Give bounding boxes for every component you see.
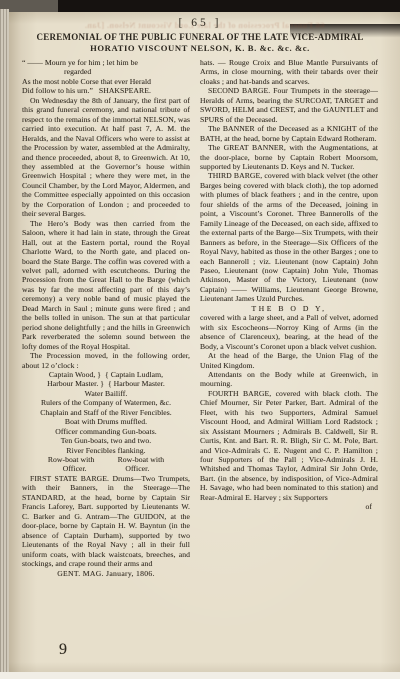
- article-title-line1: CEREMONIAL OF THE PUBLIC FUNERAL OF THE …: [22, 32, 378, 42]
- text-block: As the most noble Corse that ever Herald: [22, 77, 190, 86]
- page-number: [ 65 ]: [22, 17, 378, 29]
- text-block: covered with a large sheet, and a Pall o…: [200, 313, 378, 351]
- text-block: hats. — Rouge Croix and Blue Mantle Purs…: [200, 58, 378, 86]
- text-block: Boat with Drums muffled.: [22, 417, 190, 426]
- text-block: On Wednesday the 8th of January, the fir…: [22, 96, 190, 219]
- text-block: THIRD BARGE, covered with black velvet (…: [200, 171, 378, 303]
- text-block: Did follow to his urn.” SHAKSPEARE.: [22, 86, 190, 95]
- text-block: Officer. Officer.: [22, 464, 190, 473]
- printer-signature-mark: 9: [59, 641, 67, 659]
- page-content: [ 65 ] CEREMONIAL OF THE PUBLIC FUNERAL …: [9, 12, 400, 579]
- text-block: At the head of the Barge, the Union Flag…: [200, 351, 378, 370]
- text-block: regarded: [22, 67, 190, 76]
- two-column-layout: “ —— Mourn ye for him ; let him beregard…: [22, 58, 378, 579]
- text-block: SECOND BARGE. Four Trumpets in the steer…: [200, 86, 378, 124]
- text-block: Officer commanding Gun-boats.: [22, 427, 190, 436]
- text-block: Water Bailiff.: [22, 389, 190, 398]
- text-block: FIRST STATE BARGE. Drums—Two Trumpets, w…: [22, 474, 190, 569]
- article-title-line2: HORATIO VISCOUNT NELSON, K. B. &c. &c. &…: [22, 43, 378, 53]
- text-block: “ —— Mourn ye for him ; let him be: [22, 58, 190, 67]
- text-block: Chaplain and Staff of the River Fencible…: [22, 408, 190, 417]
- scan-bottom-edge: [0, 672, 400, 679]
- text-block: GENT. MAG. January, 1806.: [22, 569, 190, 578]
- right-column: hats. — Rouge Croix and Blue Mantle Purs…: [200, 58, 378, 579]
- text-block: The GREAT BANNER, with the Augmentations…: [200, 143, 378, 171]
- text-block: The Hero’s Body was then carried from th…: [22, 219, 190, 351]
- text-block: The BANNER of the Deceased as a KNIGHT o…: [200, 124, 378, 143]
- text-block: Rulers of the Company of Watermen, &c.: [22, 398, 190, 407]
- text-block: Captain Wood, } { Captain Ludlam,: [22, 370, 190, 379]
- text-block: Attendants on the Body while at Greenwic…: [200, 370, 378, 389]
- magazine-page: 66 Funeral Procession of the late Lord V…: [9, 12, 400, 672]
- text-block: The Procession moved, in the following o…: [22, 351, 190, 370]
- text-block: Row-boat with Row-boat with: [22, 455, 190, 464]
- text-block: Ten Gun-boats, two and two.: [22, 436, 190, 445]
- text-block: FOURTH BARGE, covered with black cloth. …: [200, 389, 378, 502]
- scan-top-edge: [0, 0, 400, 12]
- text-block: Harbour Master. } { Harbour Master.: [22, 379, 190, 388]
- text-block: THE B O D Y,: [200, 304, 378, 313]
- left-column: “ —— Mourn ye for him ; let him beregard…: [22, 58, 190, 579]
- book-binding-edge: [0, 9, 9, 672]
- text-block: River Fencibles flanking.: [22, 446, 190, 455]
- text-block: of: [200, 502, 378, 511]
